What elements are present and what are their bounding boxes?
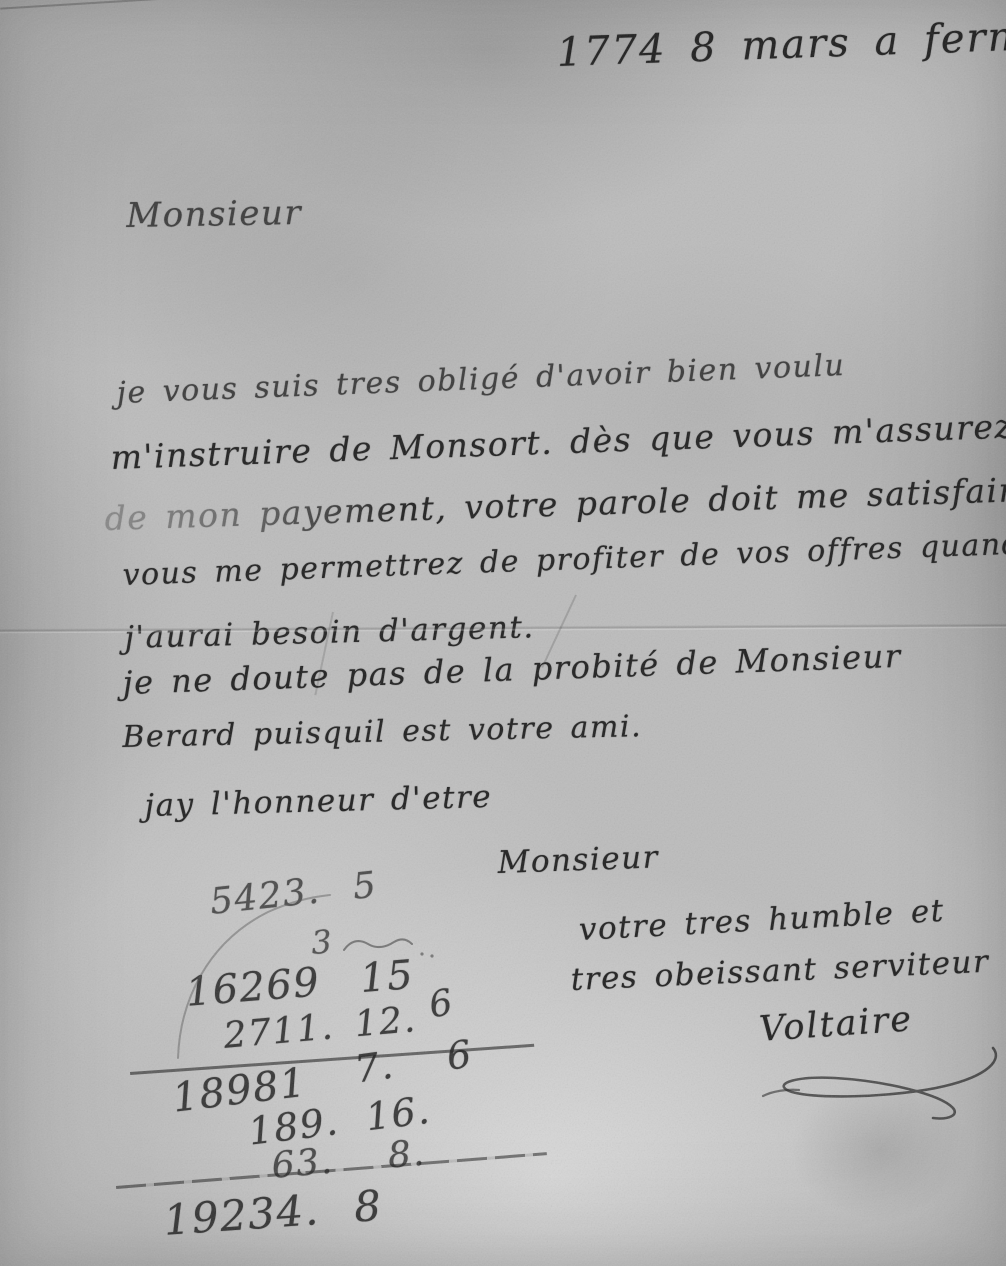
closing-line: votre tres humble et [578,893,946,948]
body-line: vous me permettrez de profiter de vos of… [122,527,1006,593]
body-line: jay l'honneur d'etre [144,779,493,824]
body-line: je vous suis tres obligé d'avoir bien vo… [116,348,846,411]
letter-photograph: 1774 8 mars a ferney Monsieur je vous su… [0,0,1006,1266]
body-line: m'instruire de Monsort. dès que vous m'a… [110,406,1006,476]
closing-address: Monsieur [497,839,659,881]
dateline: 1774 8 mars a ferney [556,12,1006,76]
body-line: Berard puisquil est votre ami. [122,709,642,755]
closing-line: tres obeissant serviteur [570,944,990,998]
smudge-spot [790,1080,970,1220]
account-row: 19234. 8 [162,1181,384,1245]
pencil-arc [150,880,350,1070]
body-line: de mon payement, votre parole doit me sa… [104,470,1006,538]
account-row: 6 [426,982,457,1027]
addition-underline [0,0,250,9]
salutation: Monsieur [126,193,302,236]
